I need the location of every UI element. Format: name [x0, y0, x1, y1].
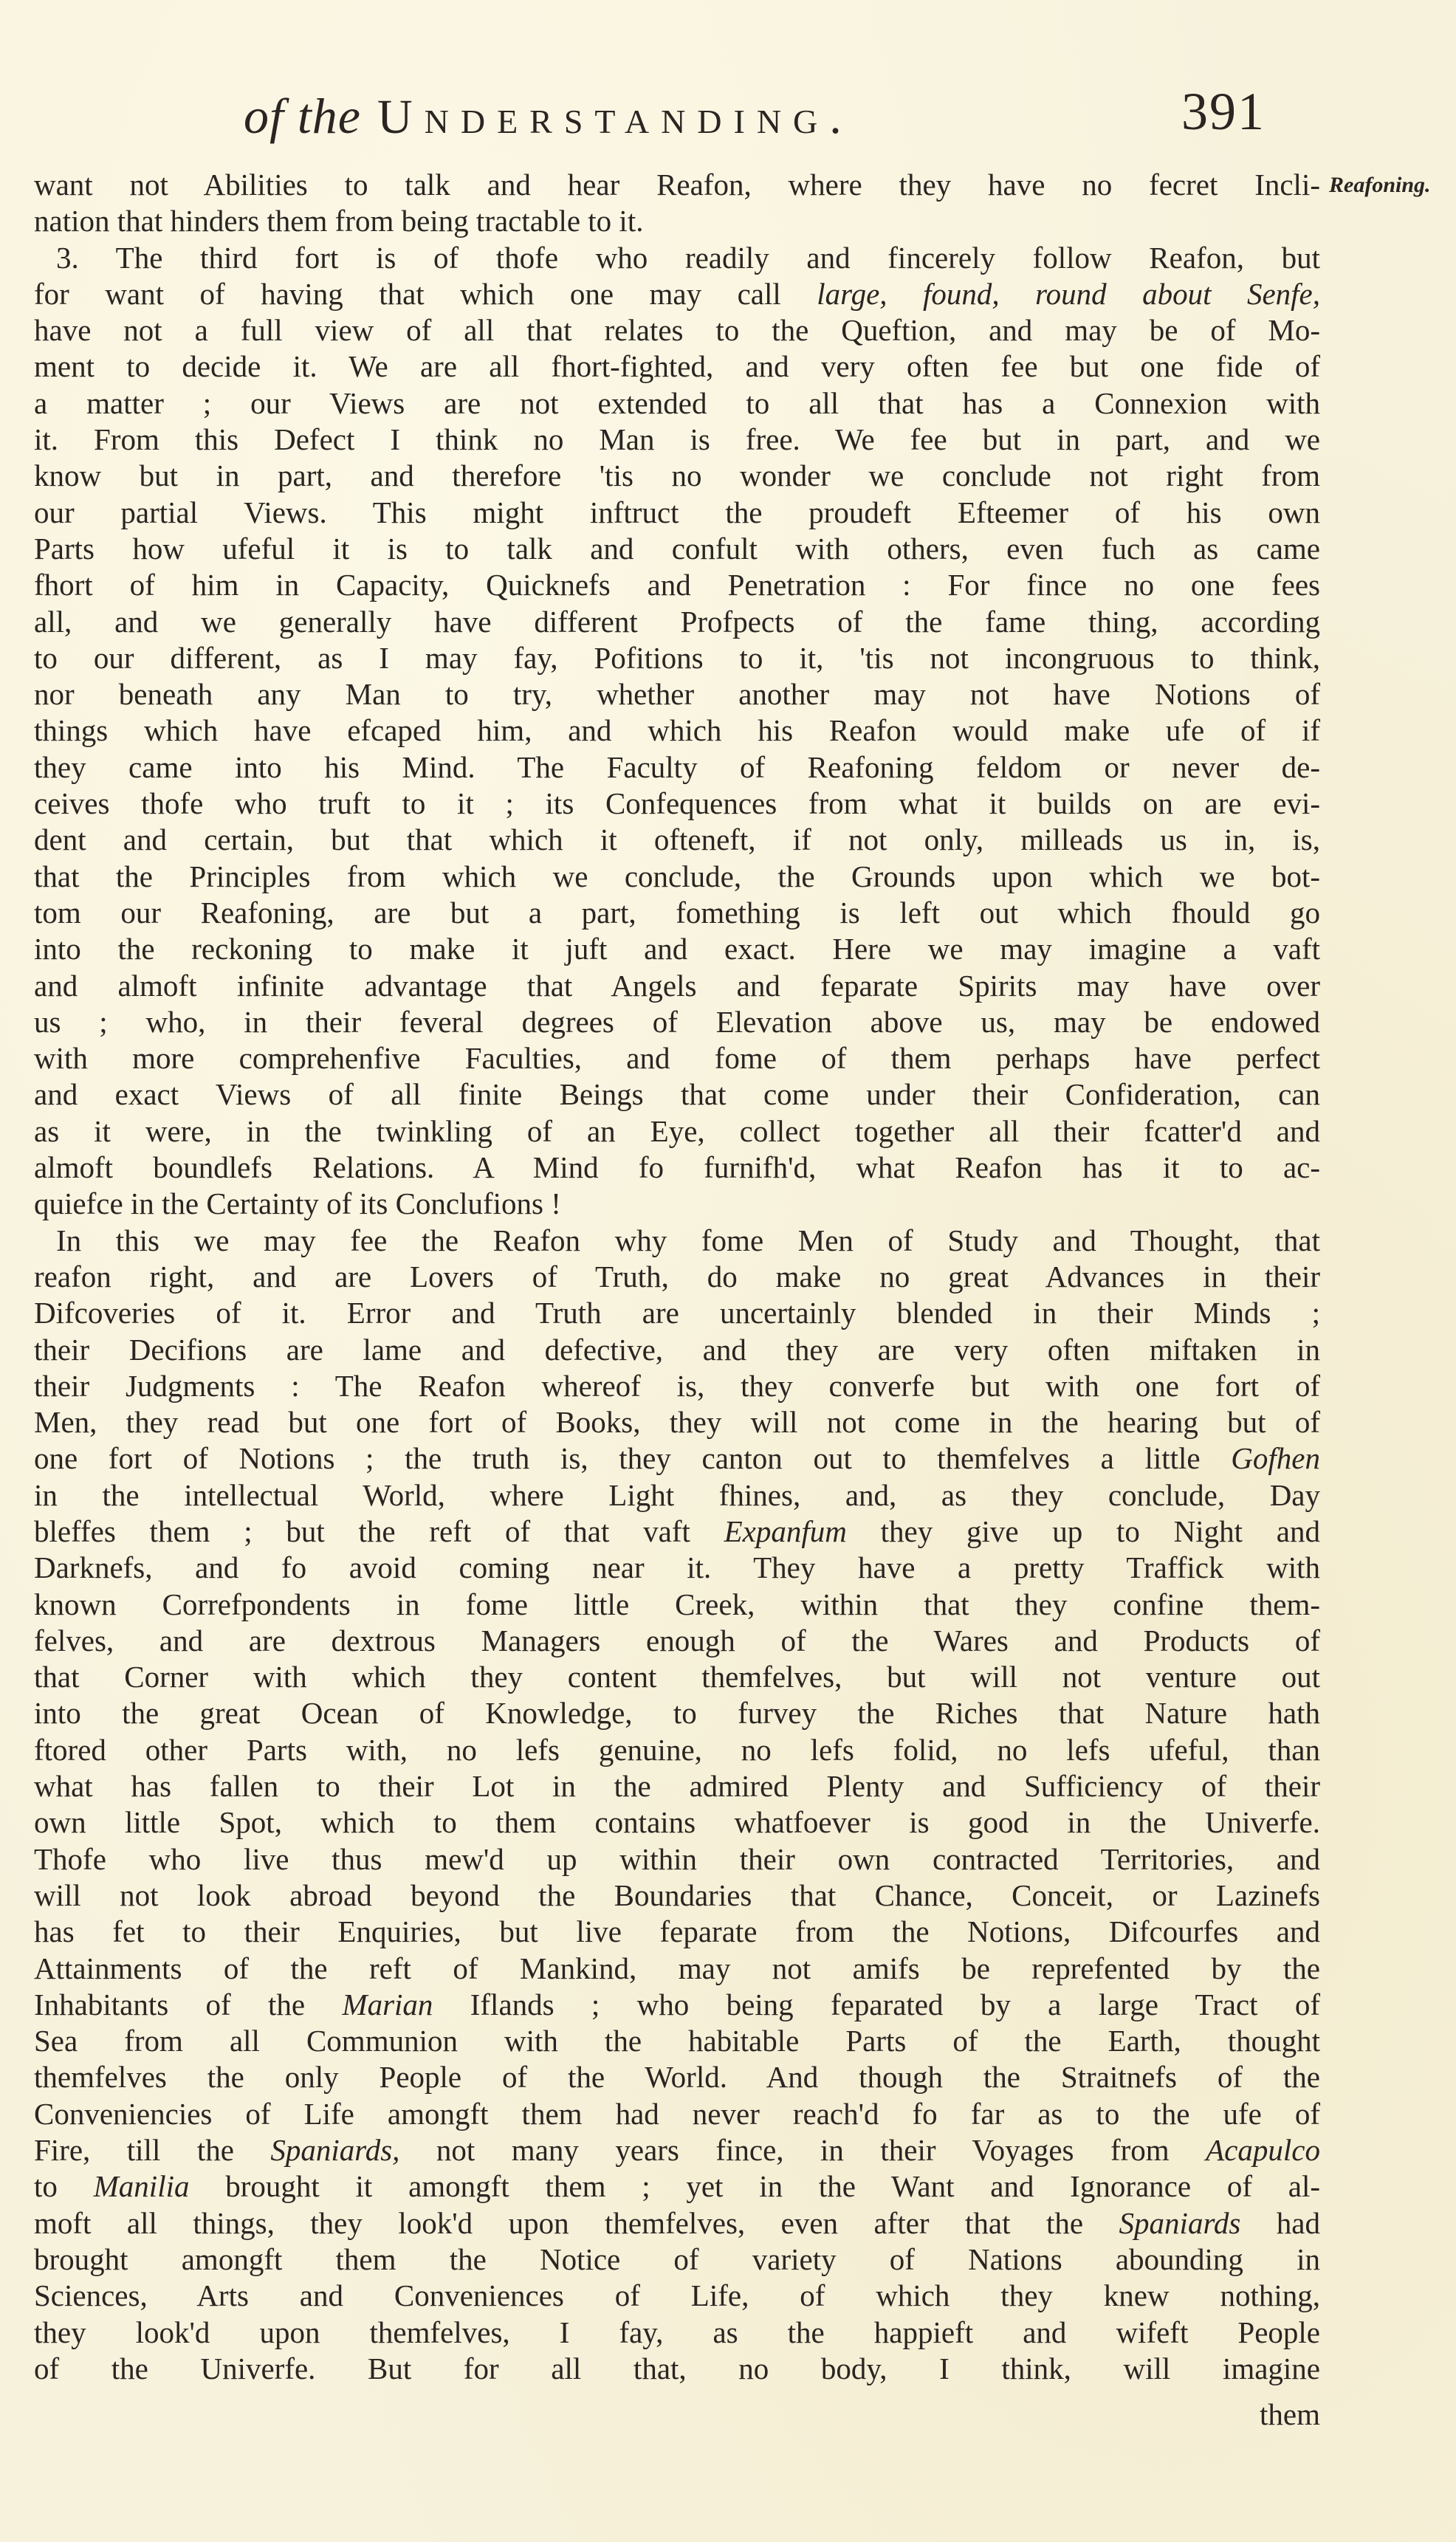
text-line: quiefce in the Certainty of its Conclufi… [34, 1186, 1320, 1222]
line-text: Parts how ufeful it is to talk and confu… [34, 532, 1320, 566]
text-line: in the intellectual World, where Light f… [34, 1477, 1320, 1514]
line-text: had [1240, 2206, 1320, 2240]
text-line: Inhabitants of the Marian Iflands ; who … [34, 1987, 1320, 2023]
italic-text: large, found, round about Senfe, [817, 277, 1320, 311]
text-line: have not a full view of all that relates… [34, 312, 1320, 348]
text-line: own little Spot, which to them contains … [34, 1804, 1320, 1841]
text-line: into the reckoning to make it juft and e… [34, 931, 1320, 967]
text-line: with more comprehenfive Faculties, and f… [34, 1040, 1320, 1076]
text-line: ftored other Parts with, no lefs genuine… [34, 1732, 1320, 1768]
body-text: want not Abilities to talk and hear Reaf… [34, 167, 1320, 2387]
line-text: our partial Views. This might inftruct t… [34, 495, 1320, 529]
text-line: their Judgments : The Reafon whereof is,… [34, 1368, 1320, 1404]
page-number: 391 [1181, 81, 1266, 142]
text-line: tom our Reafoning, are but a part, fomet… [34, 895, 1320, 931]
italic-text: Marian [342, 1988, 433, 2021]
line-text: into the great Ocean of Knowledge, to fu… [34, 1696, 1320, 1730]
book-page: of the Understanding. 391 Reafoning. wan… [0, 0, 1456, 2542]
text-line: into the great Ocean of Knowledge, to fu… [34, 1695, 1320, 1731]
line-text: not many years fince, in their Voyages f… [399, 2133, 1206, 2167]
line-text: ment to decide it. We are all fhort-figh… [34, 349, 1320, 383]
text-line: In this we may fee the Reafon why fome M… [34, 1223, 1320, 1259]
line-text: as it were, in the twinkling of an Eye, … [34, 1114, 1320, 1148]
line-text: brought amongft them the Notice of varie… [34, 2242, 1320, 2276]
text-line: Conveniencies of Life amongft them had n… [34, 2096, 1320, 2132]
text-line: know but in part, and therefore 'tis no … [34, 458, 1320, 494]
italic-text: Expanfum [724, 1514, 847, 1548]
line-text: Darknefs, and fo avoid coming near it. T… [34, 1550, 1320, 1584]
text-line: all, and we generally have different Pro… [34, 604, 1320, 640]
line-text: felves, and are dextrous Managers enough… [34, 1624, 1320, 1658]
line-text: Sea from all Communion with the habitabl… [34, 2024, 1320, 2058]
text-line: our partial Views. This might inftruct t… [34, 495, 1320, 531]
text-line: felves, and are dextrous Managers enough… [34, 1623, 1320, 1659]
text-line: themfelves the only People of the World.… [34, 2059, 1320, 2095]
line-text: Fire, till the [34, 2133, 270, 2167]
text-line: their Decifions are lame and defective, … [34, 1332, 1320, 1368]
italic-text: Spaniards [1119, 2206, 1241, 2240]
text-line: fhort of him in Capacity, Quicknefs and … [34, 567, 1320, 603]
text-line: they look'd upon themfelves, I fay, as t… [34, 2315, 1320, 2351]
text-line: and exact Views of all finite Beings tha… [34, 1076, 1320, 1113]
line-text: a matter ; our Views are not extended to… [34, 386, 1320, 420]
text-line: Sea from all Communion with the habitabl… [34, 2023, 1320, 2059]
text-line: Fire, till the Spaniards, not many years… [34, 2132, 1320, 2168]
line-text: brought it amongft them ; yet in the Wan… [189, 2169, 1320, 2203]
text-line: it. From this Defect I think no Man is f… [34, 422, 1320, 458]
line-text: it. From this Defect I think no Man is f… [34, 422, 1320, 456]
line-text: tom our Reafoning, are but a part, fomet… [34, 896, 1320, 930]
line-text: of the Univerfe. But for all that, no bo… [34, 2352, 1320, 2385]
line-text: reafon right, and are Lovers of Truth, d… [34, 1260, 1320, 1294]
line-text: 3. The third fort is of thofe who readil… [56, 241, 1320, 275]
line-text: Thofe who live thus mew'd up within thei… [34, 1842, 1320, 1876]
line-text: ceives thofe who truft to it ; its Confe… [34, 786, 1320, 820]
text-line: moft all things, they look'd upon themfe… [34, 2205, 1320, 2242]
line-text: nation that hinders them from being trac… [34, 204, 643, 238]
line-text: ftored other Parts with, no lefs genuine… [34, 1733, 1320, 1767]
text-line: want not Abilities to talk and hear Reaf… [34, 167, 1320, 203]
text-line: to our different, as I may fay, Pofition… [34, 640, 1320, 676]
line-text: Iflands ; who being feparated by a large… [433, 1988, 1320, 2021]
text-line: as it were, in the twinkling of an Eye, … [34, 1113, 1320, 1150]
line-text: quiefce in the Certainty of its Conclufi… [34, 1186, 561, 1220]
line-text: they give up to Night and [847, 1514, 1320, 1548]
text-line: Attainments of the reft of Mankind, may … [34, 1951, 1320, 1987]
text-line: Thofe who live thus mew'd up within thei… [34, 1841, 1320, 1878]
text-line: that Corner with which they content them… [34, 1659, 1320, 1695]
text-line: nation that hinders them from being trac… [34, 203, 1320, 239]
text-line: bleffes them ; but the reft of that vaft… [34, 1514, 1320, 1550]
text-line: that the Principles from which we conclu… [34, 859, 1320, 895]
line-text: they came into his Mind. The Faculty of … [34, 750, 1320, 784]
text-line: Darknefs, and fo avoid coming near it. T… [34, 1550, 1320, 1586]
text-line: almoft boundlefs Relations. A Mind fo fu… [34, 1150, 1320, 1186]
text-line: to Manilia brought it amongft them ; yet… [34, 2168, 1320, 2205]
text-line: known Correfpondents in fome little Cree… [34, 1587, 1320, 1623]
text-line: Men, they read but one fort of Books, th… [34, 1404, 1320, 1440]
text-line: of the Univerfe. But for all that, no bo… [34, 2351, 1320, 2387]
text-line: Difcoveries of it. Error and Truth are u… [34, 1295, 1320, 1331]
text-line: ceives thofe who truft to it ; its Confe… [34, 786, 1320, 822]
line-text: Sciences, Arts and Conveniences of Life,… [34, 2278, 1320, 2312]
text-line: us ; who, in their feveral degrees of El… [34, 1004, 1320, 1040]
text-line: dent and certain, but that which it ofte… [34, 822, 1320, 858]
italic-text: Manilia [94, 2169, 190, 2203]
running-head-prefix: of the [244, 88, 361, 144]
text-line: things which have efcaped him, and which… [34, 712, 1320, 749]
line-text: know but in part, and therefore 'tis no … [34, 458, 1320, 492]
line-text: their Decifions are lame and defective, … [34, 1333, 1320, 1367]
text-line: ment to decide it. We are all fhort-figh… [34, 348, 1320, 385]
line-text: has fet to their Enquiries, but live fep… [34, 1914, 1320, 1948]
line-text: moft all things, they look'd upon themfe… [34, 2206, 1119, 2240]
line-text: things which have efcaped him, and which… [34, 713, 1320, 747]
line-text: own little Spot, which to them contains … [34, 1805, 1320, 1839]
line-text: want not Abilities to talk and hear Reaf… [34, 168, 1320, 202]
line-text: known Correfpondents in fome little Cree… [34, 1587, 1320, 1621]
text-line: what has fallen to their Lot in the admi… [34, 1768, 1320, 1804]
text-line: they came into his Mind. The Faculty of … [34, 749, 1320, 786]
line-text: will not look abroad beyond the Boundari… [34, 1878, 1320, 1912]
line-text: Attainments of the reft of Mankind, may … [34, 1951, 1320, 1985]
line-text: fhort of him in Capacity, Quicknefs and … [34, 568, 1320, 602]
line-text: to our different, as I may fay, Pofition… [34, 641, 1320, 675]
line-text: dent and certain, but that which it ofte… [34, 822, 1320, 856]
italic-text: Gofhen [1231, 1441, 1320, 1475]
line-text: In this we may fee the Reafon why fome M… [56, 1223, 1320, 1257]
text-line: reafon right, and are Lovers of Truth, d… [34, 1259, 1320, 1295]
text-line: a matter ; our Views are not extended to… [34, 385, 1320, 422]
line-text: to [34, 2169, 94, 2203]
italic-text: Acapulco [1206, 2133, 1320, 2167]
text-line: and almoft infinite advantage that Angel… [34, 968, 1320, 1004]
line-text: Conveniencies of Life amongft them had n… [34, 2097, 1320, 2131]
running-head-title: Understanding. [377, 90, 854, 144]
line-text: almoft boundlefs Relations. A Mind fo fu… [34, 1150, 1320, 1184]
line-text: themfelves the only People of the World.… [34, 2060, 1320, 2094]
line-text: and almoft infinite advantage that Angel… [34, 969, 1320, 1003]
line-text: all, and we generally have different Pro… [34, 605, 1320, 639]
text-line: for want of having that which one may ca… [34, 276, 1320, 312]
margin-note: Reafoning. [1329, 167, 1431, 203]
text-line: Parts how ufeful it is to talk and confu… [34, 531, 1320, 567]
line-text: their Judgments : The Reafon whereof is,… [34, 1369, 1320, 1403]
text-line: 3. The third fort is of thofe who readil… [34, 240, 1320, 276]
text-line: has fet to their Enquiries, but live fep… [34, 1914, 1320, 1950]
line-text: in the intellectual World, where Light f… [34, 1478, 1320, 1512]
line-text: one fort of Notions ; the truth is, they… [34, 1441, 1231, 1475]
line-text: that Corner with which they content them… [34, 1660, 1320, 1694]
line-text: that the Principles from which we conclu… [34, 859, 1320, 893]
line-text: Difcoveries of it. Error and Truth are u… [34, 1296, 1320, 1330]
line-text: and exact Views of all finite Beings tha… [34, 1077, 1320, 1111]
line-text: into the reckoning to make it juft and e… [34, 932, 1320, 966]
text-line: brought amongft them the Notice of varie… [34, 2242, 1320, 2278]
line-text: nor beneath any Man to try, whether anot… [34, 677, 1320, 711]
line-text: with more comprehenfive Faculties, and f… [34, 1041, 1320, 1075]
text-line: one fort of Notions ; the truth is, they… [34, 1440, 1320, 1477]
text-line: Sciences, Arts and Conveniences of Life,… [34, 2278, 1320, 2314]
line-text: what has fallen to their Lot in the admi… [34, 1769, 1320, 1803]
line-text: us ; who, in their feveral degrees of El… [34, 1005, 1320, 1039]
line-text: bleffes them ; but the reft of that vaft [34, 1514, 724, 1548]
italic-text: Spaniards, [270, 2133, 399, 2167]
text-line: will not look abroad beyond the Boundari… [34, 1878, 1320, 1914]
line-text: Inhabitants of the [34, 1988, 342, 2021]
line-text: for want of having that which one may ca… [34, 277, 817, 311]
line-text: Men, they read but one fort of Books, th… [34, 1405, 1320, 1439]
line-text: they look'd upon themfelves, I fay, as t… [34, 2315, 1320, 2349]
catchword: them [1240, 2397, 1320, 2433]
text-line: nor beneath any Man to try, whether anot… [34, 676, 1320, 712]
running-head: of the Understanding. [244, 87, 854, 161]
line-text: have not a full view of all that relates… [34, 313, 1320, 347]
